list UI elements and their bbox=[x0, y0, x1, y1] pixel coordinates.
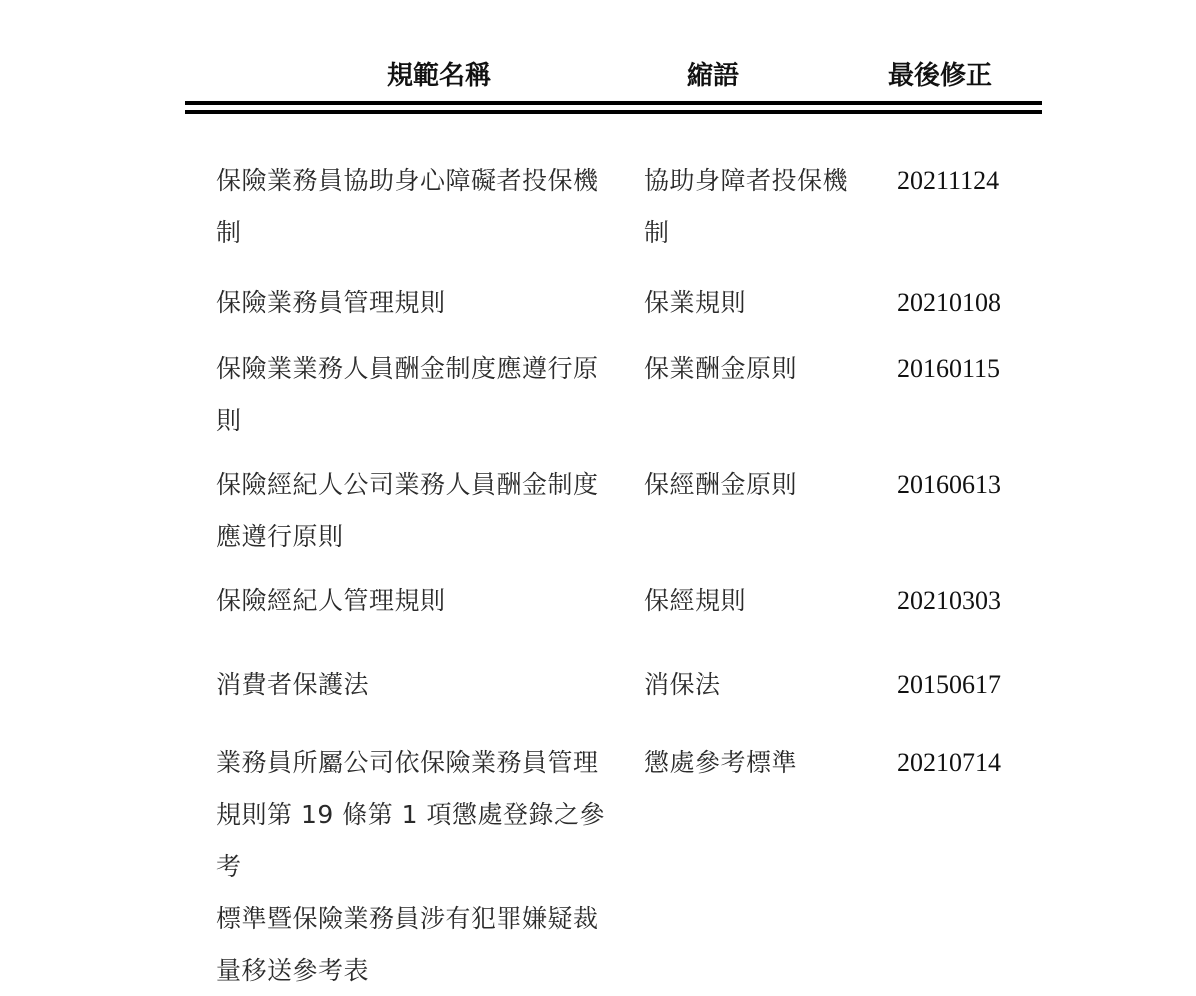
last-amended-date: 20210714 bbox=[897, 737, 1001, 789]
abbreviation: 保業規則 bbox=[644, 277, 874, 329]
abbreviation: 消保法 bbox=[644, 659, 874, 711]
regulation-name: 保險經紀人公司業務人員酬金制度 應遵行原則 bbox=[216, 459, 621, 563]
regulation-name: 保險業務員協助身心障礙者投保機 制 bbox=[216, 155, 621, 259]
abbreviation: 協助身障者投保機 制 bbox=[644, 155, 874, 259]
regulation-name: 消費者保護法 bbox=[216, 659, 621, 711]
last-amended-date: 20160613 bbox=[897, 459, 1001, 511]
header-regulation-name: 規範名稱 bbox=[387, 56, 491, 96]
last-amended-date: 20160115 bbox=[897, 343, 1000, 395]
regulation-name: 業務員所屬公司依保險業務員管理 規則第 19 條第 1 項懲處登錄之參考 標準暨… bbox=[216, 737, 621, 996]
table-header: 規範名稱 縮語 最後修正 bbox=[185, 56, 1042, 96]
last-amended-date: 20150617 bbox=[897, 659, 1001, 711]
header-double-rule-bottom bbox=[185, 110, 1042, 114]
abbreviation: 保業酬金原則 bbox=[644, 343, 874, 395]
header-abbreviation: 縮語 bbox=[687, 56, 739, 96]
regulation-name: 保險經紀人管理規則 bbox=[216, 575, 621, 627]
abbreviation: 保經酬金原則 bbox=[644, 459, 874, 511]
abbreviation: 保經規則 bbox=[644, 575, 874, 627]
header-double-rule-top bbox=[185, 101, 1042, 105]
regulation-name: 保險業務員管理規則 bbox=[216, 277, 621, 329]
last-amended-date: 20211124 bbox=[897, 155, 999, 207]
last-amended-date: 20210303 bbox=[897, 575, 1001, 627]
abbreviation: 懲處參考標準 bbox=[644, 737, 874, 789]
header-last-amended: 最後修正 bbox=[888, 56, 992, 96]
regulation-name: 保險業業務人員酬金制度應遵行原 則 bbox=[216, 343, 621, 447]
last-amended-date: 20210108 bbox=[897, 277, 1001, 329]
